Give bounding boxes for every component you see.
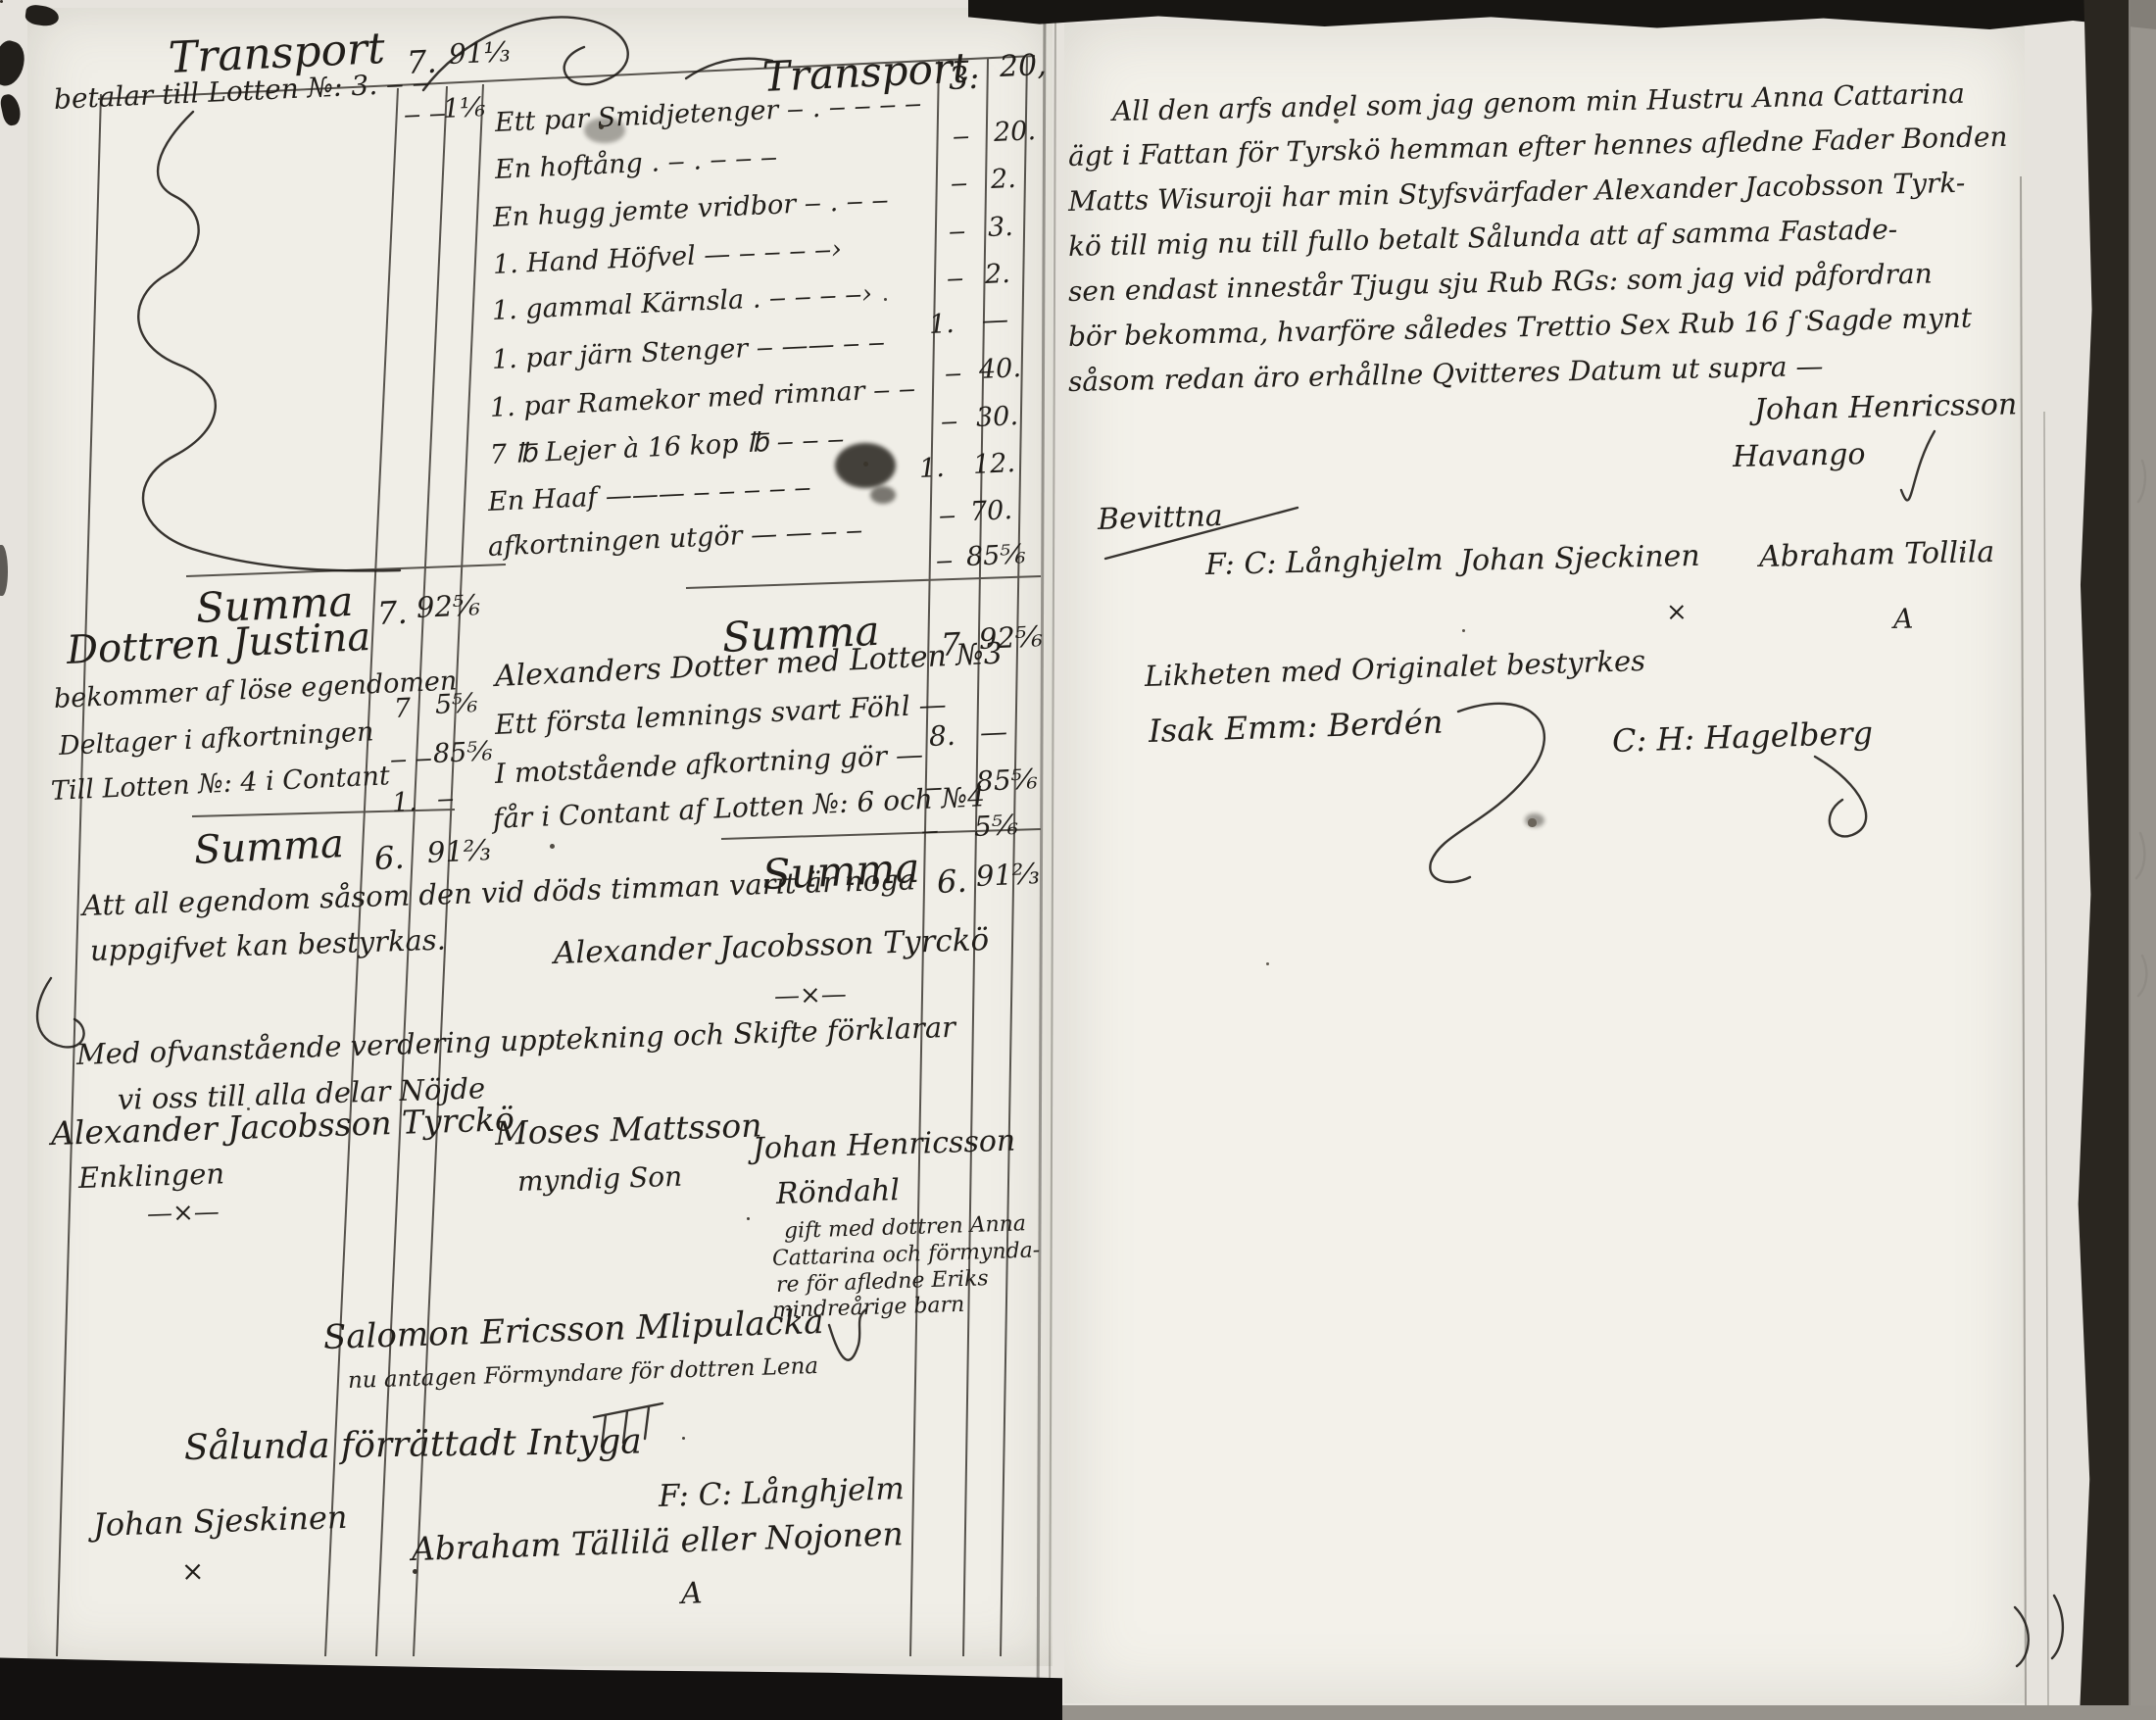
witness-signature: F: C: Långhjelm bbox=[1205, 546, 1444, 580]
witness-signature: F: C: Långhjelm bbox=[659, 1474, 906, 1512]
ink-blot bbox=[870, 486, 896, 504]
scanned-document: Transport 7. 91⅓ betalar till Lotten №: … bbox=[0, 0, 2156, 1720]
item-rubel: ‒ bbox=[946, 265, 963, 292]
scan-edge-right-outer bbox=[2129, 0, 2156, 1720]
summa-rubel: 7. bbox=[376, 597, 408, 629]
certifier-signature: C: H: Hagelberg bbox=[1611, 717, 1873, 757]
heir-row-kopek: 5⅚ bbox=[973, 811, 1018, 841]
item-kopek: 70. bbox=[969, 497, 1012, 525]
summa-rubel: 6. bbox=[936, 865, 967, 898]
witness-heading: Bevittna bbox=[1098, 502, 1224, 535]
item-kopek: 3. bbox=[987, 214, 1013, 241]
ink-blot bbox=[835, 443, 896, 488]
witness-signature: Abraham Tollila bbox=[1759, 538, 1995, 572]
item-kopek: 20. bbox=[993, 118, 1036, 146]
item-kopek: 12. bbox=[972, 450, 1015, 478]
item-rubel: ‒ bbox=[935, 547, 953, 574]
heir-row-kopek: 5⅚ bbox=[434, 690, 478, 718]
heir-row-kopek: — bbox=[979, 718, 1007, 747]
item-kopek: 2. bbox=[984, 261, 1010, 288]
item-rubel: ‒ bbox=[940, 408, 957, 435]
witness-signature: Johan Sjeskinen bbox=[92, 1501, 347, 1541]
closing-statement: Sålunda förrättadt Intyga bbox=[184, 1424, 642, 1466]
item-kopek: 30. bbox=[975, 403, 1018, 431]
summa-kopek: 92⅚ bbox=[416, 591, 480, 622]
item-rubel: ‒ bbox=[950, 170, 967, 197]
paper-specks bbox=[0, 0, 3, 3]
heir-row-rubel: 7 bbox=[393, 695, 411, 722]
heir-row-kopek: 85⅚ bbox=[975, 765, 1038, 796]
item-rubel: ‒ bbox=[938, 502, 955, 529]
edge-mark bbox=[0, 545, 8, 596]
signer-place: Havango bbox=[1733, 440, 1866, 472]
signature-mark: —×— bbox=[147, 1200, 220, 1227]
signature-mark: A bbox=[681, 1579, 704, 1609]
signer-name: Johan Henricsson bbox=[1754, 390, 2018, 425]
scan-edge-bottom-right bbox=[1062, 1705, 2156, 1720]
ink-smudge bbox=[584, 118, 625, 143]
item-rubel: 1. bbox=[928, 311, 955, 338]
item-rubel: ‒ bbox=[944, 360, 961, 387]
summa-kopek: 91⅔ bbox=[975, 860, 1040, 891]
summa-kopek: 91⅔ bbox=[426, 836, 491, 867]
signature-son: Moses Mattsson bbox=[494, 1108, 761, 1150]
heir-row-rubel: 8. bbox=[928, 722, 955, 751]
heir-row-rubel: ‒ ‒ bbox=[389, 745, 432, 773]
ink-smudge bbox=[1525, 813, 1544, 827]
item-rubel: 1. bbox=[918, 455, 945, 482]
signature-mark: —×— bbox=[774, 982, 848, 1009]
signature-son-in-law-surname: Röndahl bbox=[776, 1176, 901, 1209]
heir-row-rubel: 1. bbox=[391, 789, 417, 816]
signature-son-in-law: Johan Henricsson bbox=[753, 1127, 1016, 1164]
signature-mark: × bbox=[181, 1557, 205, 1586]
heir-row-kopek: ‒ bbox=[436, 785, 454, 812]
item-kopek: 2. bbox=[990, 166, 1016, 193]
item-rubel: ‒ bbox=[952, 123, 969, 150]
torn-corner-mark bbox=[0, 37, 29, 89]
certifier-signature: Isak Emm: Berdén bbox=[1148, 707, 1443, 747]
entry-kopek: 1⅙ bbox=[442, 94, 486, 123]
scan-edge-right bbox=[2074, 0, 2131, 1720]
signature-mark: A bbox=[1893, 606, 1914, 633]
signature-widower-role: Enklingen bbox=[78, 1159, 225, 1193]
summa-rubel: 6. bbox=[373, 842, 405, 874]
entry-rubel: ‒ ‒ bbox=[403, 100, 446, 128]
transport-kopek-mid: 20, bbox=[999, 51, 1047, 82]
transport-kopek-left: 91⅓ bbox=[448, 38, 511, 69]
signature-mark: × bbox=[1666, 600, 1688, 625]
item-kopek: — bbox=[981, 307, 1008, 334]
item-kopek: 85⅚ bbox=[965, 541, 1026, 570]
item-kopek: 40. bbox=[978, 355, 1021, 383]
transport-rubel-mid: 3: bbox=[948, 62, 980, 94]
torn-corner-mark bbox=[0, 92, 23, 126]
signature-son-role: myndig Son bbox=[517, 1163, 683, 1196]
item-rubel: ‒ bbox=[948, 218, 965, 245]
heir-row-kopek: 85⅚ bbox=[432, 738, 493, 767]
heir-row-rubel: ‒ bbox=[920, 816, 939, 845]
summa-heading: Summa bbox=[193, 824, 345, 870]
witness-signature: Johan Sjeckinen bbox=[1460, 542, 1700, 576]
